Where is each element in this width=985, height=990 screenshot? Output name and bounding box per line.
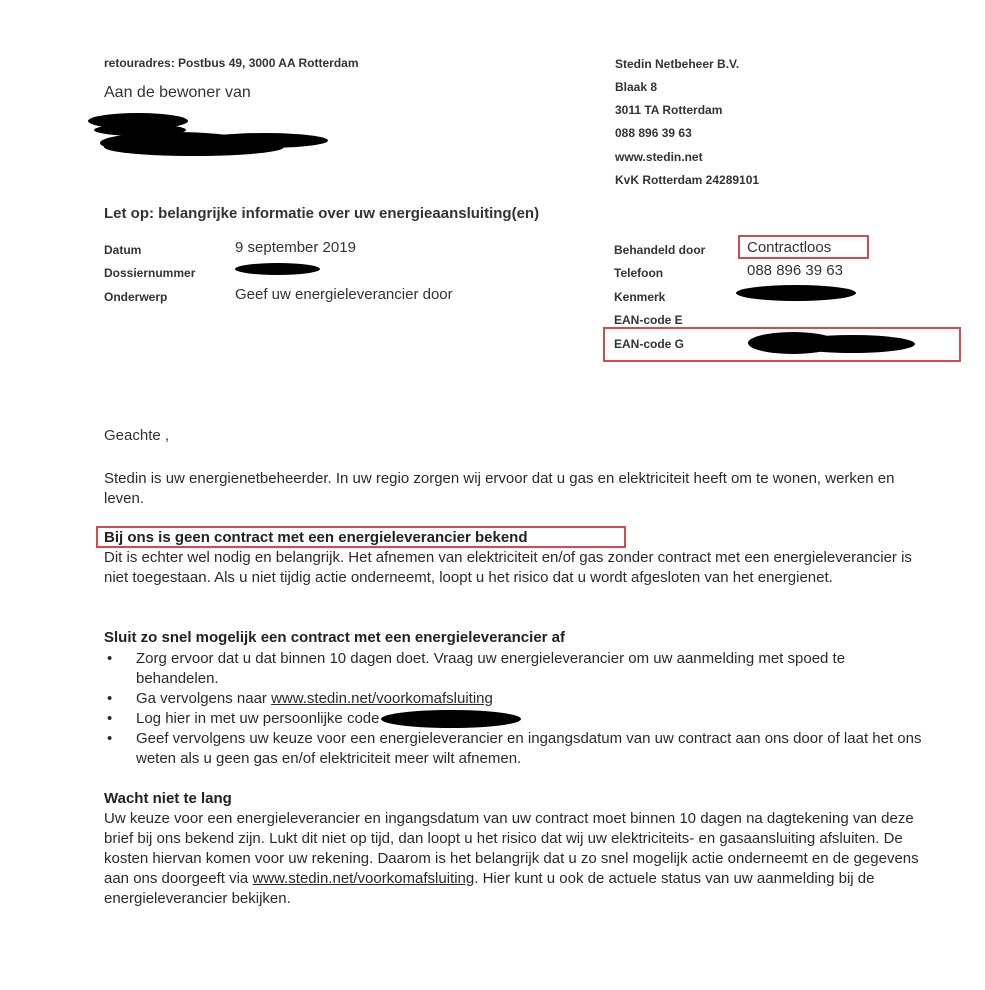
sender-street: Blaak 8	[615, 80, 657, 94]
section2-heading: Sluit zo snel mogelijk een contract met …	[104, 629, 565, 646]
voorkomafsluiting-link[interactable]: www.stedin.net/voorkomafsluiting	[271, 690, 493, 707]
section1-text: Dit is echter wel nodig en belangrijk. H…	[104, 548, 924, 588]
subject-heading: Let op: belangrijke informatie over uw e…	[104, 205, 539, 222]
sender-phone: 088 896 39 63	[615, 126, 692, 140]
meta-label-ean-e: EAN-code E	[614, 313, 683, 327]
meta-value-behandeld-door: Contractloos	[747, 239, 831, 256]
meta-label-telefoon: Telefoon	[614, 266, 663, 280]
meta-value-datum: 9 september 2019	[235, 239, 356, 256]
return-address: retouradres: Postbus 49, 3000 AA Rotterd…	[104, 56, 359, 70]
section2-list: Zorg ervoor dat u dat binnen 10 dagen do…	[104, 649, 924, 769]
voorkomafsluiting-link-2[interactable]: www.stedin.net/voorkomafsluiting	[252, 870, 474, 887]
meta-label-kenmerk: Kenmerk	[614, 290, 665, 304]
meta-value-telefoon: 088 896 39 63	[747, 262, 843, 279]
bullet-item: Geef vervolgens uw keuze voor een energi…	[104, 729, 924, 769]
section3-heading: Wacht niet te lang	[104, 790, 232, 807]
recipient-salutation: Aan de bewoner van	[104, 84, 251, 102]
bullet-item: Zorg ervoor dat u dat binnen 10 dagen do…	[104, 649, 924, 689]
section3-text: Uw keuze voor een energieleverancier en …	[104, 809, 924, 909]
personal-code-redaction	[381, 710, 521, 728]
meta-label-ean-g: EAN-code G	[614, 337, 684, 351]
meta-label-behandeld-door: Behandeld door	[614, 243, 705, 257]
meta-value-onderwerp: Geef uw energieleverancier door	[235, 286, 453, 303]
intro-paragraph: Stedin is uw energienetbeheerder. In uw …	[104, 469, 924, 509]
sender-company: Stedin Netbeheer B.V.	[615, 57, 739, 71]
meta-label-dossiernummer: Dossiernummer	[104, 266, 195, 280]
section1-heading: Bij ons is geen contract met een energie…	[104, 529, 528, 546]
sender-postal-city: 3011 TA Rotterdam	[615, 103, 722, 117]
meta-label-onderwerp: Onderwerp	[104, 290, 167, 304]
bullet-item: Ga vervolgens naar www.stedin.net/voorko…	[104, 689, 924, 709]
meta-label-datum: Datum	[104, 243, 141, 257]
sender-website: www.stedin.net	[615, 150, 703, 164]
greeting: Geachte ,	[104, 427, 169, 444]
bullet-item: Log hier in met uw persoonlijke code	[104, 709, 924, 729]
sender-kvk: KvK Rotterdam 24289101	[615, 173, 759, 187]
